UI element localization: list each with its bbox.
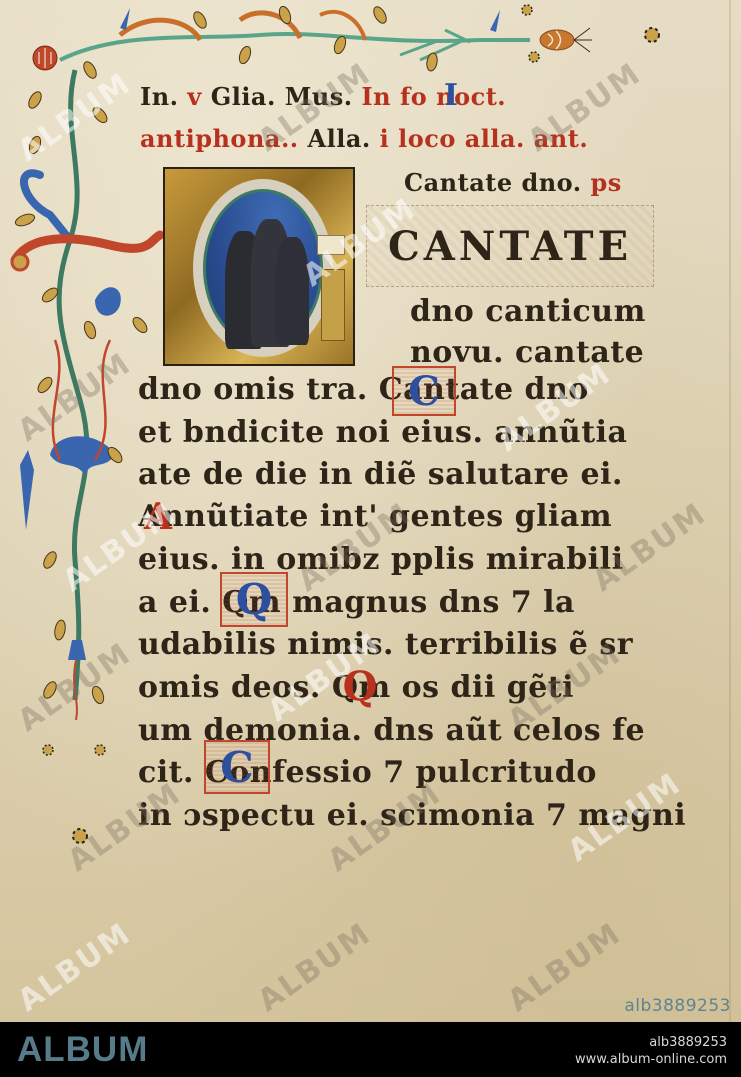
decorated-initial-c: C — [204, 740, 270, 794]
website-link[interactable]: www.album-online.com — [575, 1051, 727, 1068]
text-line: ate de die in diẽ salutare ei. — [138, 455, 623, 495]
text-line: dno omis tra. Cantate dno — [138, 370, 589, 410]
watermark: ALBUM — [12, 66, 138, 169]
header-line-2: antiphona.. Alla. i loco alla. ant. — [140, 124, 588, 153]
blue-initial-i: I — [436, 78, 466, 112]
album-logo: ALBUM — [17, 1030, 148, 1070]
text-line: dno canticum — [410, 292, 646, 332]
text-line: a ei. Qm magnus dns 7 la — [138, 583, 575, 623]
watermark: ALBUM — [12, 636, 138, 739]
monk-figure — [275, 237, 309, 345]
watermark: ALBUM — [12, 346, 138, 449]
text-line: udabilis nimis. terribilis ẽ sr — [138, 625, 633, 665]
footer-bar: ALBUM alb3889253 www.album-online.com — [0, 1022, 741, 1077]
image-id: alb3889253 — [575, 1034, 727, 1051]
image-id-watermark: alb3889253 — [624, 996, 731, 1016]
watermark: ALBUM — [502, 916, 628, 1019]
manuscript-page: In. v Glia. Mus. In fo noct. antiphona..… — [0, 0, 741, 1022]
footer-meta: alb3889253 www.album-online.com — [575, 1034, 727, 1068]
decorated-initial-c: C — [392, 366, 456, 416]
decorated-initial-q: Q — [220, 572, 288, 627]
watermark: ALBUM — [12, 916, 138, 1019]
watermark: ALBUM — [252, 916, 378, 1019]
incipit-line: Cantate dno. ps — [404, 168, 622, 197]
